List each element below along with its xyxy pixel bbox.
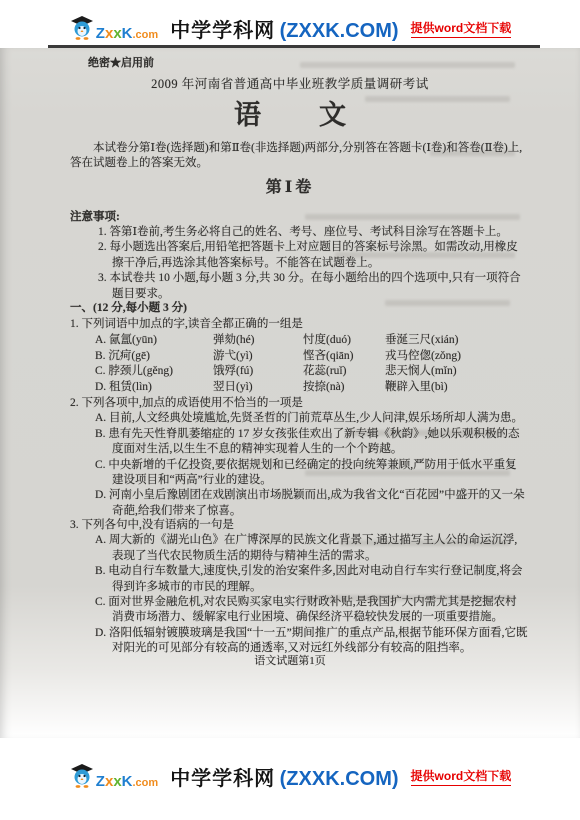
option-b: B. 电动自行车数量大,速度快,引发的治安案件多,因此对电动自行车实行登记制度,… xyxy=(95,564,528,595)
option-a: A. 目前,人文经典处境尴尬,先贤圣哲的门前荒草丛生,少人问津,娱乐场所却人满为… xyxy=(95,411,528,426)
choice-cell: B. 沉疴(gē) xyxy=(95,349,213,365)
choice-cell: 悲天悯人(mǐn) xyxy=(385,364,535,380)
option-d: D. 河南小皇后豫剧团在戏剧演出市场脱颖而出,成为我省文化“百花园”中盛开的又一… xyxy=(95,488,528,519)
question-3: 3. 下列各句中,没有语病的一句是 A. 周大新的《湖光山色》在广博深厚的民族文… xyxy=(70,518,528,657)
notes-heading: 注意事项: xyxy=(70,210,120,225)
option-b: B. 患有先天性脊肌萎缩症的 17 岁女孩张佳欢出了新专辑《秋韵》,她以乐观积极… xyxy=(95,427,528,458)
option-a: A. 周大新的《湖光山色》在广博深厚的民族文化背景下,通过描写主人公的命运沉浮,… xyxy=(95,533,528,564)
choice-cell: 戎马倥偬(zǒng) xyxy=(385,349,535,365)
question-1-stem: 1. 下列词语中加点的字,读音全都正确的一组是 xyxy=(70,317,530,332)
choice-cell: 悭吝(qiān) xyxy=(303,349,385,365)
choice-cell: 垂涎三尺(xián) xyxy=(385,333,535,349)
choice-cell: A. 氤氲(yūn) xyxy=(95,333,213,349)
intro-paragraph: 本试卷分第Ⅰ卷(选择题)和第Ⅱ卷(非选择题)两部分,分别答在答题卡(Ⅰ卷)和答卷… xyxy=(70,141,526,172)
question-2: 2. 下列各项中,加点的成语使用不恰当的一项是 A. 目前,人文经典处境尴尬,先… xyxy=(70,396,528,519)
note-item: 1. 答第Ⅰ卷前,考生务必将自己的姓名、考号、座位号、考试科目涂写在答题卡上。 xyxy=(98,225,528,240)
choice-cell: 花蕊(ruǐ) xyxy=(303,364,385,380)
choice-cell: 忖度(duó) xyxy=(303,333,385,349)
scanned-exam-page: ZxxK.com 中学学科网 (ZXXK.COM) 提供word文档下载 绝密★… xyxy=(0,0,580,820)
notes-list: 1. 答第Ⅰ卷前,考生务必将自己的姓名、考号、座位号、考试科目涂写在答题卡上。 … xyxy=(98,225,528,302)
section-one-heading: 一、(12 分,每小题 3 分) xyxy=(70,301,187,316)
option-c: C. 面对世界金融危机,对农民购买家电实行财政补贴,是我国扩大内需尤其是挖掘农村… xyxy=(95,595,528,626)
question-1-choices: A. 氤氲(yūn) 弹劾(hé) 忖度(duó) 垂涎三尺(xián) B. … xyxy=(95,333,535,395)
part-one-title: 第Ⅰ卷 xyxy=(0,180,580,195)
choice-cell: D. 租赁(lìn) xyxy=(95,380,213,396)
question-2-stem: 2. 下列各项中,加点的成语使用不恰当的一项是 xyxy=(70,396,528,411)
choice-cell: 按捺(nà) xyxy=(303,380,385,396)
zxxk-mascot-icon xyxy=(69,763,95,789)
exam-title: 2009 年河南省普通高中毕业班教学质量调研考试 xyxy=(0,77,580,92)
classification-label: 绝密★启用前 xyxy=(88,56,154,71)
choice-cell: 游弋(yì) xyxy=(213,349,303,365)
option-c: C. 中央新增的千亿投资,要依据规划和已经确定的投向统筹兼顾,严防用于低水平重复… xyxy=(95,458,528,489)
page-number-label: 语文试题第1页 xyxy=(0,654,580,669)
word-download-link[interactable]: 提供word文档下载 xyxy=(411,767,512,786)
choice-cell: 翌日(yì) xyxy=(213,380,303,396)
site-name: 中学学科网 (ZXXK.COM) xyxy=(170,762,398,791)
site-footer: ZxxK.com 中学学科网 (ZXXK.COM) 提供word文档下载 xyxy=(0,760,580,792)
choice-cell: C. 脖颈儿(gěng) xyxy=(95,364,213,380)
exam-document: 绝密★启用前 2009 年河南省普通高中毕业班教学质量调研考试 语 文 本试卷分… xyxy=(0,0,580,820)
subject-char: 语 xyxy=(234,98,261,132)
question-3-stem: 3. 下列各句中,没有语病的一句是 xyxy=(70,518,528,533)
choice-cell: 饿殍(fú) xyxy=(213,364,303,380)
note-item: 2. 每小题选出答案后,用铅笔把答题卡上对应题目的答案标号涂黑。如需改动,用橡皮… xyxy=(98,240,528,271)
zxxk-logo: ZxxK.com xyxy=(69,763,158,789)
option-d: D. 洛阳低辐射镀膜玻璃是我国“十一五”期间推广的重点产品,根据节能环保方面看,… xyxy=(95,626,528,657)
choice-cell: 鞭辟入里(bì) xyxy=(385,380,535,396)
subject-char: 文 xyxy=(319,98,346,132)
subject-title: 语 文 xyxy=(0,98,580,132)
note-item: 3. 本试卷共 10 小题,每小题 3 分,共 30 分。在每小题给出的四个选项… xyxy=(98,271,528,302)
zxxk-logo-letters: ZxxK.com xyxy=(96,774,158,789)
choice-cell: 弹劾(hé) xyxy=(213,333,303,349)
